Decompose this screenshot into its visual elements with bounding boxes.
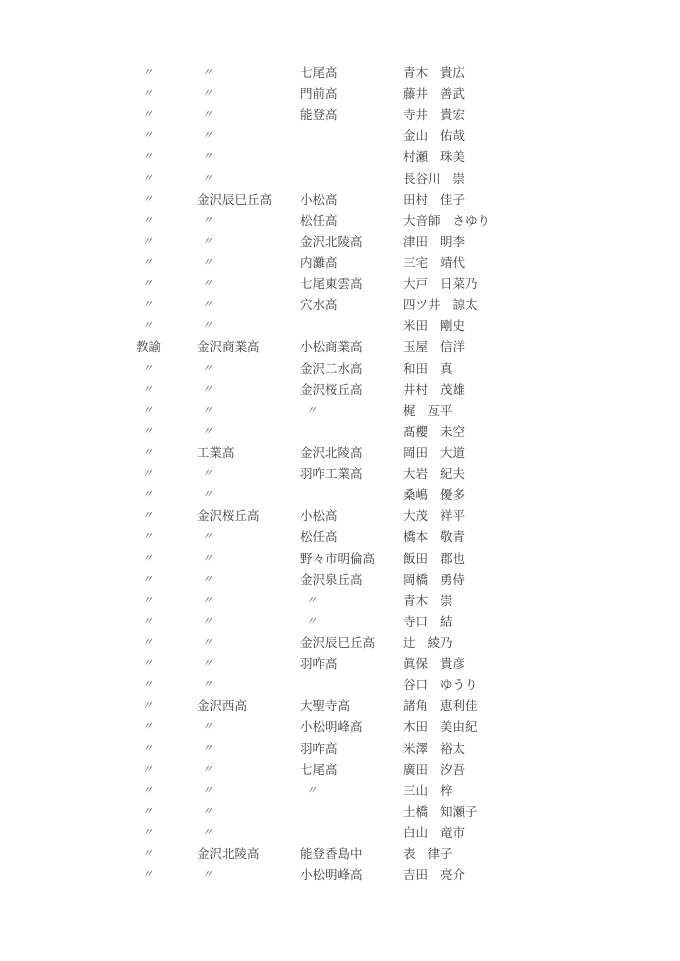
new-assignment: 金沢北陵高 <box>300 231 363 252</box>
surname: 金山 <box>403 125 428 146</box>
person-name: 白山竜市 <box>403 822 465 843</box>
new-assignment: 〃 <box>306 400 316 421</box>
roster-row: 〃〃長谷川崇 <box>0 168 680 189</box>
current-school: 〃 <box>202 358 212 379</box>
job-title: 〃 <box>142 695 152 716</box>
current-school: 金沢桜丘高 <box>197 505 260 526</box>
roster-row: 〃〃金沢北陵高津田明李 <box>0 231 680 252</box>
given-name: 剛史 <box>440 315 465 336</box>
roster-row: 〃〃金沢二水高和田真 <box>0 358 680 379</box>
roster-row: 〃〃羽咋高米澤裕太 <box>0 738 680 759</box>
given-name: 亙平 <box>428 400 453 421</box>
given-name: 善武 <box>440 83 465 104</box>
surname: 藤井 <box>403 83 428 104</box>
current-school: 〃 <box>202 864 212 885</box>
job-title: 〃 <box>142 463 152 484</box>
person-name: 寺口結 <box>403 611 453 632</box>
job-title: 〃 <box>142 716 152 737</box>
surname: 梶 <box>403 400 416 421</box>
given-name: 貴彦 <box>440 653 465 674</box>
job-title: 〃 <box>142 526 152 547</box>
new-assignment: 大聖寺高 <box>300 695 350 716</box>
surname: 表 <box>403 843 416 864</box>
current-school: 〃 <box>202 83 212 104</box>
current-school: 〃 <box>202 294 212 315</box>
current-school: 金沢辰巳丘高 <box>197 189 272 210</box>
roster-row: 教諭金沢商業高小松商業高玉屋信洋 <box>0 336 680 357</box>
roster-row: 〃金沢西高大聖寺高諸角恵利佳 <box>0 695 680 716</box>
current-school: 〃 <box>202 653 212 674</box>
person-name: 飯田郡也 <box>403 548 465 569</box>
surname: 村瀬 <box>403 146 428 167</box>
current-school: 〃 <box>202 526 212 547</box>
person-name: 村瀬珠美 <box>403 146 465 167</box>
given-name: 知瀬子 <box>440 801 478 822</box>
given-name: 諒太 <box>453 294 478 315</box>
roster-row: 〃〃野々市明倫高飯田郡也 <box>0 548 680 569</box>
current-school: 〃 <box>202 125 212 146</box>
person-name: 三山梓 <box>403 780 453 801</box>
surname: 大音師 <box>403 210 441 231</box>
job-title: 〃 <box>142 505 152 526</box>
person-name: 田村佳子 <box>403 189 465 210</box>
surname: 木田 <box>403 716 428 737</box>
person-name: 梶亙平 <box>403 400 453 421</box>
surname: 長谷川 <box>403 168 441 189</box>
new-assignment: 〃 <box>306 780 316 801</box>
new-assignment: 七尾東雲高 <box>300 273 363 294</box>
current-school: 〃 <box>202 632 212 653</box>
roster-row: 〃〃桑嶋優多 <box>0 484 680 505</box>
new-assignment: 〃 <box>306 611 316 632</box>
person-name: 木田美由紀 <box>403 716 478 737</box>
current-school: 〃 <box>202 252 212 273</box>
roster-row: 〃工業高金沢北陵高岡田大道 <box>0 442 680 463</box>
roster-row: 〃〃〃寺口結 <box>0 611 680 632</box>
new-assignment: 七尾高 <box>300 759 338 780</box>
current-school: 工業高 <box>197 442 235 463</box>
current-school: 〃 <box>202 168 212 189</box>
job-title: 〃 <box>142 294 152 315</box>
roster-row: 〃〃〃梶亙平 <box>0 400 680 421</box>
person-name: 表律子 <box>403 843 453 864</box>
surname: 四ツ井 <box>403 294 441 315</box>
roster-row: 〃〃七尾高青木貴広 <box>0 62 680 83</box>
given-name: 祥平 <box>440 505 465 526</box>
given-name: 真 <box>440 358 453 379</box>
job-title: 〃 <box>142 400 152 421</box>
roster-row: 〃〃内灘高三宅靖代 <box>0 252 680 273</box>
surname: 三宅 <box>403 252 428 273</box>
surname: 谷口 <box>403 674 428 695</box>
current-school: 〃 <box>202 738 212 759</box>
person-name: 大茂祥平 <box>403 505 465 526</box>
current-school: 〃 <box>202 463 212 484</box>
surname: 大茂 <box>403 505 428 526</box>
roster-row: 〃〃土橋知瀬子 <box>0 801 680 822</box>
surname: 田村 <box>403 189 428 210</box>
given-name: 勇侍 <box>440 569 465 590</box>
given-name: 明李 <box>440 231 465 252</box>
surname: 井村 <box>403 379 428 400</box>
job-title: 〃 <box>142 168 152 189</box>
current-school: 金沢北陵高 <box>197 843 260 864</box>
current-school: 〃 <box>202 231 212 252</box>
new-assignment: 野々市明倫高 <box>300 548 375 569</box>
job-title: 〃 <box>142 273 152 294</box>
surname: 青木 <box>403 590 428 611</box>
roster-row: 〃金沢北陵高能登香島中表律子 <box>0 843 680 864</box>
new-assignment: 穴水高 <box>300 294 338 315</box>
job-title: 〃 <box>142 632 152 653</box>
person-name: 谷口ゆうり <box>403 674 478 695</box>
surname: 廣田 <box>403 759 428 780</box>
given-name: 結 <box>440 611 453 632</box>
roster-row: 〃〃髙櫻未空 <box>0 421 680 442</box>
current-school: 〃 <box>202 716 212 737</box>
given-name: 郡也 <box>440 548 465 569</box>
surname: 土橋 <box>403 801 428 822</box>
person-name: 髙櫻未空 <box>403 421 465 442</box>
given-name: 崇 <box>440 590 453 611</box>
given-name: 未空 <box>440 421 465 442</box>
given-name: 大道 <box>440 442 465 463</box>
new-assignment: 小松明峰高 <box>300 716 363 737</box>
person-name: 藤井善武 <box>403 83 465 104</box>
given-name: 美由紀 <box>440 716 478 737</box>
current-school: 〃 <box>202 315 212 336</box>
current-school: 〃 <box>202 801 212 822</box>
given-name: 崇 <box>453 168 466 189</box>
current-school: 〃 <box>202 421 212 442</box>
current-school: 〃 <box>202 780 212 801</box>
surname: 玉屋 <box>403 336 428 357</box>
surname: 米田 <box>403 315 428 336</box>
current-school: 〃 <box>202 759 212 780</box>
new-assignment: 金沢泉丘高 <box>300 569 363 590</box>
job-title: 〃 <box>142 231 152 252</box>
roster-row: 〃〃穴水高四ツ井諒太 <box>0 294 680 315</box>
roster-row: 〃〃金沢泉丘高岡橋勇侍 <box>0 569 680 590</box>
new-assignment: 羽咋工業高 <box>300 463 363 484</box>
person-name: 三宅靖代 <box>403 252 465 273</box>
roster-row: 〃〃七尾高廣田汐吾 <box>0 759 680 780</box>
surname: 吉田 <box>403 864 428 885</box>
surname: 桑嶋 <box>403 484 428 505</box>
job-title: 〃 <box>142 484 152 505</box>
given-name: 梓 <box>440 780 453 801</box>
job-title: 〃 <box>142 569 152 590</box>
roster-row: 〃〃谷口ゆうり <box>0 674 680 695</box>
roster-row: 〃〃七尾東雲高大戸日菜乃 <box>0 273 680 294</box>
given-name: 律子 <box>428 843 453 864</box>
new-assignment: 松任高 <box>300 526 338 547</box>
job-title: 〃 <box>142 315 152 336</box>
new-assignment: 羽咋高 <box>300 653 338 674</box>
person-name: 諸角恵利佳 <box>403 695 478 716</box>
given-name: 敬青 <box>440 526 465 547</box>
roster-row: 〃〃羽咋高眞保貴彦 <box>0 653 680 674</box>
job-title: 教諭 <box>136 336 161 357</box>
given-name: 竜市 <box>440 822 465 843</box>
job-title: 〃 <box>142 421 152 442</box>
job-title: 〃 <box>142 83 152 104</box>
person-name: 金山佑哉 <box>403 125 465 146</box>
person-name: 大戸日菜乃 <box>403 273 478 294</box>
new-assignment: 金沢桜丘高 <box>300 379 363 400</box>
given-name: 信洋 <box>440 336 465 357</box>
current-school: 〃 <box>202 146 212 167</box>
surname: 辻 <box>403 632 416 653</box>
surname: 諸角 <box>403 695 428 716</box>
person-name: 岡田大道 <box>403 442 465 463</box>
new-assignment: 能登高 <box>300 104 338 125</box>
roster-row: 〃〃金沢辰巳丘高辻綾乃 <box>0 632 680 653</box>
roster-row: 〃〃金沢桜丘高井村茂雄 <box>0 379 680 400</box>
surname: 青木 <box>403 62 428 83</box>
new-assignment: 小松明峰高 <box>300 864 363 885</box>
document-page: 〃〃七尾高青木貴広〃〃門前高藤井善武〃〃能登高寺井貴宏〃〃金山佑哉〃〃村瀬珠美〃… <box>0 0 680 961</box>
given-name: 靖代 <box>440 252 465 273</box>
given-name: ゆうり <box>440 674 478 695</box>
job-title: 〃 <box>142 611 152 632</box>
person-name: 四ツ井諒太 <box>403 294 478 315</box>
job-title: 〃 <box>142 864 152 885</box>
current-school: 〃 <box>202 104 212 125</box>
person-name: 青木崇 <box>403 590 453 611</box>
job-title: 〃 <box>142 442 152 463</box>
given-name: 優多 <box>440 484 465 505</box>
job-title: 〃 <box>142 252 152 273</box>
new-assignment: 金沢辰巳丘高 <box>300 632 375 653</box>
person-name: 津田明李 <box>403 231 465 252</box>
new-assignment: 松任高 <box>300 210 338 231</box>
given-name: 佳子 <box>440 189 465 210</box>
current-school: 〃 <box>202 611 212 632</box>
surname: 飯田 <box>403 548 428 569</box>
job-title: 〃 <box>142 759 152 780</box>
job-title: 〃 <box>142 590 152 611</box>
current-school: 〃 <box>202 590 212 611</box>
new-assignment: 小松高 <box>300 189 338 210</box>
surname: 津田 <box>403 231 428 252</box>
new-assignment: 羽咋高 <box>300 738 338 759</box>
person-name: 米澤裕太 <box>403 738 465 759</box>
new-assignment: 七尾高 <box>300 62 338 83</box>
given-name: 茂雄 <box>440 379 465 400</box>
roster-row: 〃〃米田剛史 <box>0 315 680 336</box>
new-assignment: 能登香島中 <box>300 843 363 864</box>
job-title: 〃 <box>142 104 152 125</box>
new-assignment: 門前高 <box>300 83 338 104</box>
job-title: 〃 <box>142 189 152 210</box>
person-name: 大音師さゆり <box>403 210 490 231</box>
given-name: 佑哉 <box>440 125 465 146</box>
job-title: 〃 <box>142 843 152 864</box>
current-school: 〃 <box>202 674 212 695</box>
roster-row: 〃〃〃青木崇 <box>0 590 680 611</box>
person-name: 長谷川崇 <box>403 168 465 189</box>
job-title: 〃 <box>142 125 152 146</box>
person-name: 井村茂雄 <box>403 379 465 400</box>
person-name: 吉田亮介 <box>403 864 465 885</box>
new-assignment: 金沢二水高 <box>300 358 363 379</box>
person-name: 辻綾乃 <box>403 632 453 653</box>
roster-row: 〃〃羽咋工業高大岩紀夫 <box>0 463 680 484</box>
current-school: 金沢商業高 <box>197 336 260 357</box>
person-name: 玉屋信洋 <box>403 336 465 357</box>
roster-row: 〃〃小松明峰高吉田亮介 <box>0 864 680 885</box>
current-school: 〃 <box>202 379 212 400</box>
roster-row: 〃〃小松明峰高木田美由紀 <box>0 716 680 737</box>
surname: 岡橋 <box>403 569 428 590</box>
job-title: 〃 <box>142 822 152 843</box>
given-name: 貴広 <box>440 62 465 83</box>
surname: 髙櫻 <box>403 421 428 442</box>
surname: 寺井 <box>403 104 428 125</box>
current-school: 〃 <box>202 62 212 83</box>
person-name: 橋本敬青 <box>403 526 465 547</box>
job-title: 〃 <box>142 738 152 759</box>
job-title: 〃 <box>142 210 152 231</box>
job-title: 〃 <box>142 358 152 379</box>
given-name: 紀夫 <box>440 463 465 484</box>
surname: 三山 <box>403 780 428 801</box>
given-name: 貴宏 <box>440 104 465 125</box>
surname: 白山 <box>403 822 428 843</box>
roster-row: 〃〃白山竜市 <box>0 822 680 843</box>
current-school: 〃 <box>202 569 212 590</box>
surname: 和田 <box>403 358 428 379</box>
person-name: 岡橋勇侍 <box>403 569 465 590</box>
surname: 岡田 <box>403 442 428 463</box>
given-name: 裕太 <box>440 738 465 759</box>
surname: 橋本 <box>403 526 428 547</box>
surname: 大岩 <box>403 463 428 484</box>
job-title: 〃 <box>142 146 152 167</box>
new-assignment: 小松商業高 <box>300 336 363 357</box>
person-name: 和田真 <box>403 358 453 379</box>
current-school: 〃 <box>202 273 212 294</box>
given-name: 亮介 <box>440 864 465 885</box>
new-assignment: 内灘高 <box>300 252 338 273</box>
given-name: 珠美 <box>440 146 465 167</box>
roster-row: 〃金沢辰巳丘高小松高田村佳子 <box>0 189 680 210</box>
person-name: 大岩紀夫 <box>403 463 465 484</box>
new-assignment: 小松高 <box>300 505 338 526</box>
surname: 眞保 <box>403 653 428 674</box>
person-name: 眞保貴彦 <box>403 653 465 674</box>
job-title: 〃 <box>142 62 152 83</box>
person-name: 青木貴広 <box>403 62 465 83</box>
person-name: 桑嶋優多 <box>403 484 465 505</box>
new-assignment: 金沢北陵高 <box>300 442 363 463</box>
person-name: 米田剛史 <box>403 315 465 336</box>
roster-row: 〃〃松任高大音師さゆり <box>0 210 680 231</box>
current-school: 〃 <box>202 484 212 505</box>
person-name: 廣田汐吾 <box>403 759 465 780</box>
job-title: 〃 <box>142 548 152 569</box>
roster-row: 〃〃金山佑哉 <box>0 125 680 146</box>
roster-row: 〃〃能登高寺井貴宏 <box>0 104 680 125</box>
given-name: 日菜乃 <box>440 273 478 294</box>
roster-row: 〃〃松任高橋本敬青 <box>0 526 680 547</box>
current-school: 〃 <box>202 548 212 569</box>
personnel-roster: 〃〃七尾高青木貴広〃〃門前高藤井善武〃〃能登高寺井貴宏〃〃金山佑哉〃〃村瀬珠美〃… <box>0 62 680 885</box>
current-school: 〃 <box>202 400 212 421</box>
roster-row: 〃〃〃三山梓 <box>0 780 680 801</box>
job-title: 〃 <box>142 801 152 822</box>
roster-row: 〃〃村瀬珠美 <box>0 146 680 167</box>
job-title: 〃 <box>142 379 152 400</box>
current-school: 金沢西高 <box>197 695 247 716</box>
roster-row: 〃〃門前高藤井善武 <box>0 83 680 104</box>
current-school: 〃 <box>202 822 212 843</box>
given-name: さゆり <box>453 210 491 231</box>
given-name: 恵利佳 <box>440 695 478 716</box>
job-title: 〃 <box>142 674 152 695</box>
surname: 大戸 <box>403 273 428 294</box>
surname: 米澤 <box>403 738 428 759</box>
roster-row: 〃金沢桜丘高小松高大茂祥平 <box>0 505 680 526</box>
job-title: 〃 <box>142 653 152 674</box>
given-name: 汐吾 <box>440 759 465 780</box>
person-name: 寺井貴宏 <box>403 104 465 125</box>
current-school: 〃 <box>202 210 212 231</box>
job-title: 〃 <box>142 780 152 801</box>
surname: 寺口 <box>403 611 428 632</box>
person-name: 土橋知瀬子 <box>403 801 478 822</box>
new-assignment: 〃 <box>306 590 316 611</box>
given-name: 綾乃 <box>428 632 453 653</box>
